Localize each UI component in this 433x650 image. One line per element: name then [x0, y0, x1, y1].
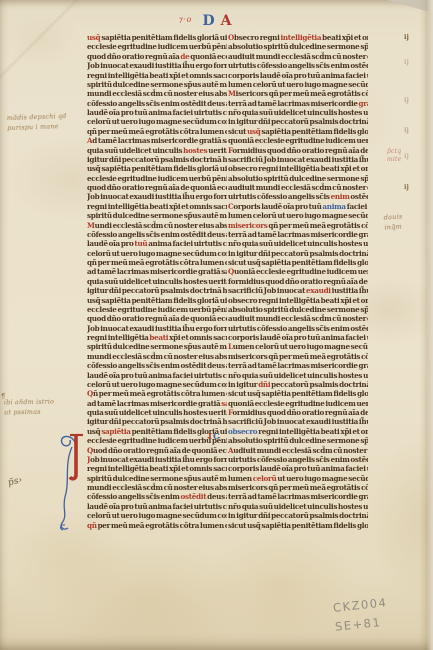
word: igitur [236, 248, 258, 257]
word: noster [342, 52, 367, 61]
word: misericordie [310, 230, 358, 239]
word: faciei [345, 70, 366, 79]
word: oratio [122, 183, 145, 192]
word: cõfessio [223, 502, 227, 511]
word: fidelis [173, 427, 197, 436]
word: sc̃is [146, 98, 161, 107]
word: omnis [361, 164, 368, 173]
word: quod [87, 314, 107, 323]
word: oĩa [281, 333, 293, 342]
word: corporis [228, 70, 260, 79]
word: suũ [104, 408, 119, 417]
word: usq̃ [247, 127, 261, 136]
word: tuũ [309, 202, 323, 211]
word: tamẽ [258, 361, 278, 370]
word: ostẽdit [181, 492, 208, 501]
word: ecclesie [217, 314, 227, 323]
word: enim [331, 192, 351, 201]
word: cõfessio [223, 108, 227, 117]
word: meã [310, 483, 327, 492]
word: hostes [338, 239, 363, 248]
word: magne [324, 342, 351, 351]
word: angelis [118, 230, 146, 239]
word: absolutio [228, 173, 264, 182]
word: misericordie [310, 361, 358, 370]
word: uirtutis [228, 192, 257, 201]
word: cõfessio [87, 492, 118, 501]
word: egritudine [117, 305, 157, 314]
word: sicut [228, 258, 247, 267]
word: egritudine [117, 42, 157, 51]
word: deus [207, 361, 226, 370]
word: tuũ [134, 108, 148, 117]
word: gloriã [197, 295, 220, 304]
word: cõfessio [87, 361, 118, 370]
word: ecclesiã [281, 52, 312, 61]
word: magne [322, 80, 349, 89]
word: aĩa [170, 445, 182, 454]
word: peccatorũ [271, 511, 309, 520]
word: uidelicet [119, 277, 153, 286]
word: meũ [112, 389, 129, 398]
word: iustitia [155, 323, 182, 332]
word: salutẽ [221, 398, 227, 407]
word: Audiuit [228, 445, 257, 454]
word: mundi [256, 183, 281, 192]
word: qñ [269, 89, 280, 98]
word: uirtute [220, 427, 227, 436]
word: angelis [118, 98, 146, 107]
word: scd̃m [143, 352, 164, 361]
word: psalmis [160, 155, 190, 164]
word: noster [173, 483, 198, 492]
word: audiuit [228, 314, 256, 323]
word: tuũ [307, 464, 321, 473]
manuscript-text-line: Formidius quod dño oratio regnũ aĩa de q… [228, 145, 368, 155]
word: ad [248, 361, 258, 370]
word: sp̃us [360, 173, 368, 182]
word: deus [207, 230, 226, 239]
word: inuocat [100, 323, 129, 332]
word: angelis [118, 361, 146, 370]
word: ueritatis [208, 145, 227, 154]
word: uerbũ [358, 267, 368, 276]
word: per [279, 89, 292, 98]
word: angelis [288, 192, 316, 201]
word: meũ [111, 127, 128, 136]
word: uidelicet [119, 145, 153, 154]
word: misericordie [150, 398, 198, 407]
word: gratiã [359, 230, 368, 239]
word: ueritatis [208, 408, 227, 417]
word: sapiẽtia [101, 33, 131, 42]
word: magnificas [219, 473, 227, 482]
word: lumen [228, 473, 253, 482]
word: ergo [195, 455, 213, 464]
word: angelis [288, 455, 316, 464]
word: per [279, 483, 292, 492]
word: formidius [213, 192, 227, 201]
word: faciei [345, 464, 366, 473]
word: lacrimas [277, 230, 310, 239]
word: misericordie [310, 492, 358, 501]
word: absolutio [228, 42, 264, 51]
word: egrotãtis [327, 483, 361, 492]
word: egrotãtis [327, 220, 361, 229]
word: tamẽ [97, 398, 117, 407]
word: scd̃m [312, 445, 333, 454]
word: ecclesie [87, 436, 117, 445]
word: igitur [236, 511, 258, 520]
word: sapiẽtia [101, 427, 131, 436]
word: penitẽtiam [292, 258, 334, 267]
word: spiritũ [87, 342, 113, 351]
word: gloriã [357, 520, 368, 529]
word: uidelicet [274, 502, 308, 511]
word: noster [174, 220, 199, 229]
word: ecclesiã [281, 183, 312, 192]
word: xp̃i [169, 70, 181, 79]
word: Job [264, 286, 277, 295]
word: omnis [361, 427, 368, 436]
word: ecclesiã [112, 89, 143, 98]
word: ecclesiã [281, 314, 312, 323]
manuscript-text-line: Job inuocat exaudi iustitia ih̃u ergo fo… [87, 192, 227, 202]
word: laudẽ [260, 464, 282, 473]
word: dulcedine [289, 305, 327, 314]
word: misericors [228, 352, 268, 361]
word: cũ [164, 220, 174, 229]
word: cũ [164, 352, 174, 361]
word: scd̃m [312, 183, 333, 192]
word: salutẽ [222, 136, 227, 145]
shelfmark-pencil: CKZ004 SE+81 [332, 593, 390, 636]
word: per [99, 389, 112, 398]
word: egritudine [117, 436, 157, 445]
word: deus [207, 98, 226, 107]
word: pro [121, 502, 135, 511]
word: cõfessio [223, 239, 227, 248]
word: exaudi [129, 192, 155, 201]
word: humilitate [222, 417, 227, 426]
word: Ad [87, 136, 98, 145]
word: misericordie [150, 267, 198, 276]
parchment-fore-edge [419, 0, 433, 650]
word: nr̃o [228, 108, 242, 117]
margin-note-line: inq̃m [384, 221, 404, 232]
word: meã [130, 389, 147, 398]
word: penitẽtiam [132, 164, 174, 173]
word: cũ [164, 483, 174, 492]
word: terrã [228, 492, 248, 501]
word: meũ [111, 258, 128, 267]
word: salutẽ [221, 267, 227, 276]
word: ostẽdit [181, 361, 208, 370]
header-letter-blue: D [202, 13, 214, 29]
word: quod [267, 145, 287, 154]
word: sp̃us [184, 80, 202, 89]
word: iudicem [158, 436, 189, 445]
word: regni [87, 333, 108, 342]
word: iudicem [158, 42, 189, 51]
word: et [354, 33, 362, 42]
word: uero [286, 211, 304, 220]
word: iugo [304, 473, 321, 482]
word: laudẽ [87, 108, 109, 117]
rubricated-capital: L [228, 342, 233, 351]
word: quod [267, 408, 287, 417]
word: faciei [172, 108, 193, 117]
word: mundi [256, 52, 281, 61]
word: omnis [189, 70, 213, 79]
word: regnũ [323, 277, 346, 286]
word: uinculis [307, 370, 338, 379]
word: uinculis [307, 502, 338, 511]
word: spiritũ [87, 211, 113, 220]
word: angelis [288, 61, 316, 70]
word: meũ [111, 520, 128, 529]
word: tamẽ [98, 136, 118, 145]
manuscript-text-line: regni intelligẽtia beati xp̃i et omnis s… [87, 464, 227, 474]
word: anima [148, 239, 172, 248]
word: penitẽtiam [292, 127, 334, 136]
manuscript-text-line: celorũ ut uero iugo magne secũdum corpor… [87, 248, 227, 258]
word: ut [280, 342, 289, 351]
word: doctrinã [339, 117, 368, 126]
rubricated-capital: M [228, 89, 236, 98]
word: enim [331, 61, 351, 70]
word: Misericors [228, 89, 269, 98]
word: gloriã [197, 164, 220, 173]
word: dñi [258, 380, 271, 389]
word: suũ [259, 108, 274, 117]
word: sp̃us [360, 42, 368, 51]
margin-note-line: ut pssimas [4, 407, 54, 418]
word: penitẽtiam [132, 295, 174, 304]
word: de [180, 183, 190, 192]
word: fidelis [333, 127, 357, 136]
manuscript-text-line: quoniã ecclesie egritudine iudicem uerbũ… [228, 398, 368, 408]
word: dño [107, 314, 122, 323]
word: gratiã [359, 98, 368, 107]
word: absolutio [215, 352, 227, 361]
word: suũ [259, 502, 274, 511]
word: secũdum [183, 380, 218, 389]
word: exaudi [306, 417, 332, 426]
word: beati [322, 33, 342, 42]
word: fidelis [173, 33, 197, 42]
word: hostes [183, 145, 208, 154]
word: penitẽtiam [292, 520, 334, 529]
word: usq̃ [247, 389, 261, 398]
manuscript-text-line: Job inuocat exaudi iustitia ih̃u ergo fo… [87, 61, 227, 71]
manuscript-text-line: ecclesie egritudine iudicem uerbũ pẽnite… [87, 436, 227, 446]
word: egritudine [285, 398, 325, 407]
word: omnis [361, 295, 368, 304]
word: secũdum [348, 473, 368, 482]
word: de [359, 277, 368, 286]
word: quoniã [190, 314, 217, 323]
manuscript-text-line: Quoniã ecclesie egritudine iudicem uerbũ… [228, 267, 368, 277]
word: mundi [256, 314, 281, 323]
word: egrotãtis [327, 89, 361, 98]
word: uero [289, 342, 307, 351]
margin-note-left-top: mãdis depschi qdpurispu i mane [7, 111, 67, 133]
word: iustitia [155, 61, 182, 70]
word: ih̃u [359, 286, 368, 295]
manuscript-text-line: cõfessio angelis sc̃is enim ostẽdit deus… [87, 98, 227, 108]
word: dulcedine [289, 436, 327, 445]
edge-mark: ij [404, 33, 409, 41]
manuscript-text-line: qñ per meũ meã egrotãtis cõtra lumen cel… [87, 520, 227, 530]
word: lumen [228, 211, 253, 220]
word: faciei [172, 239, 193, 248]
word: oĩa [109, 108, 121, 117]
word: de [182, 445, 192, 454]
manuscript-text-line: ad tamẽ lacrimas misericordie gratiã sal… [87, 398, 227, 408]
word: secũdum [351, 342, 368, 351]
word: psalmis [160, 417, 190, 426]
word: eius [198, 89, 214, 98]
word: lacrimas [117, 398, 150, 407]
rubricated-capital: A [87, 136, 92, 145]
word: anima [148, 370, 172, 379]
word: cõtra [181, 389, 201, 398]
word: sapiẽtia [261, 258, 291, 267]
word: qñ [87, 127, 98, 136]
word: per [98, 258, 111, 267]
word: gloriã [357, 389, 368, 398]
word: magnificas [219, 342, 227, 351]
word: misericors [228, 483, 268, 492]
word: mundi [87, 352, 112, 361]
word: iustitia [332, 286, 359, 295]
word: dñi [109, 286, 122, 295]
word: dñi [109, 155, 122, 164]
word: nr̃o [228, 370, 242, 379]
word: absolutio [228, 305, 264, 314]
word: sacrificiũ [213, 70, 227, 79]
word: per [98, 520, 111, 529]
word: igitur [236, 380, 258, 389]
word: oratio [302, 408, 325, 417]
manuscript-text-line: igitur dñi peccatorũ psalmis doctrinã hu… [87, 286, 227, 296]
word: scd̃m [312, 52, 333, 61]
word: ad [87, 267, 97, 276]
word: eius [198, 483, 214, 492]
word: ecclesie [218, 445, 227, 454]
word: quoniã [228, 136, 255, 145]
word: magne [322, 211, 349, 220]
word: omnis [189, 202, 213, 211]
word: sermone [327, 305, 360, 314]
word: ad [248, 98, 258, 107]
word: tamẽ [258, 492, 278, 501]
word: tuũ [307, 333, 321, 342]
word: ecclesiã [113, 220, 144, 229]
word: ih̃u [182, 61, 195, 70]
word: psalmis [310, 511, 340, 520]
word: ecclesie [87, 305, 117, 314]
word: egritudine [285, 136, 325, 145]
word: inuocat [100, 61, 129, 70]
word: ostẽdit [350, 192, 368, 201]
word: intelligẽtia [279, 295, 321, 304]
word: Mundi [87, 220, 113, 229]
word: dulcedine [113, 80, 151, 89]
manuscript-text-line: ad tamẽ lacrimas misericordie gratiã sal… [87, 267, 227, 277]
word: ergo [195, 323, 213, 332]
word: qñ [268, 483, 279, 492]
word: lacrimas [117, 267, 150, 276]
word: eius [367, 183, 368, 192]
word: spiritũ [87, 80, 113, 89]
word: iudicem [327, 267, 358, 276]
word: intelligẽtia [108, 70, 150, 79]
manuscript-text-line: sicut usq̃ sapiẽtia penitẽtiam fidelis g… [228, 389, 368, 399]
word: uinculis [152, 145, 183, 154]
word: celorũ [253, 473, 278, 482]
word: scd̃m [312, 314, 333, 323]
word: ih̃u [359, 155, 368, 164]
word: sc̃is [316, 61, 331, 70]
word: faciei [347, 202, 368, 211]
word: magne [322, 473, 349, 482]
word: de [360, 408, 368, 417]
word: iudicem [158, 305, 189, 314]
word: uero [286, 473, 304, 482]
word: psalmis [310, 117, 340, 126]
word: cũ [332, 52, 342, 61]
word: usq̃ [247, 258, 261, 267]
word: uinculis [152, 408, 183, 417]
word: eius [367, 314, 368, 323]
word: Job [87, 323, 100, 332]
word: enim [161, 98, 181, 107]
word: quia [242, 370, 259, 379]
manuscript-text-line: Job inuocat exaudi iustitia ih̃u ergo fo… [87, 323, 227, 333]
word: autẽ [202, 342, 219, 351]
word: oĩa [281, 464, 293, 473]
word: uirtutis [367, 333, 368, 342]
word: iugo [139, 248, 156, 257]
word: ecclesie [217, 52, 227, 61]
word: suũ [104, 277, 119, 286]
word: secũdum [183, 511, 218, 520]
word: doctrinã [190, 417, 222, 426]
word: Formidius [228, 145, 267, 154]
word: sp̃us [360, 436, 368, 445]
word: regni [258, 427, 279, 436]
word: sapiẽtia [261, 389, 291, 398]
word: oratio [302, 145, 325, 154]
word: sc̃is [316, 192, 331, 201]
word: fidelis [333, 389, 357, 398]
word: sicut [228, 389, 247, 398]
word: iugo [304, 211, 321, 220]
word: intelligẽtia [108, 333, 150, 342]
manuscript-text-line: uirtutis cõfessio angelis sc̃is enim ost… [228, 61, 368, 71]
edge-mark: ij [404, 152, 409, 160]
word: aĩa [168, 314, 180, 323]
manuscript-text-line: laudẽ oĩa pro tuũ anima faciei uirtutis … [87, 239, 227, 249]
manuscript-text-line: uirtutis cõfessio angelis sc̃is enim ost… [228, 323, 368, 333]
word: uinculis [307, 239, 338, 248]
word: peccatorũ [122, 286, 160, 295]
word: penitẽtiam [132, 33, 174, 42]
word: dño [287, 408, 302, 417]
manuscript-text-line: obsecro regni intelligẽtia beati xp̃i et… [228, 295, 368, 305]
